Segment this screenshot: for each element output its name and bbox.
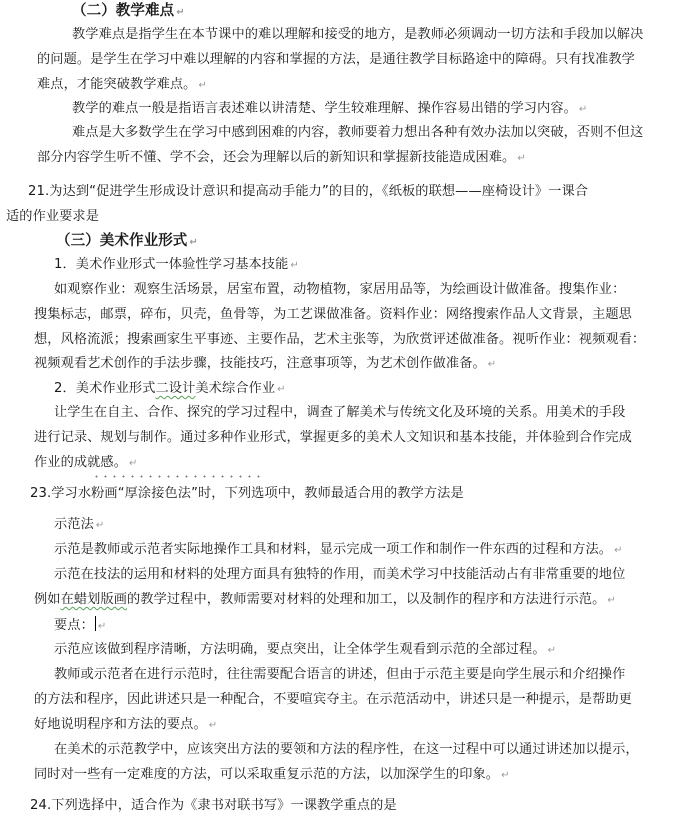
paragraph-line: 同时对一些有一定难度的方法，可以采取重复示范的方法，以加深学生的印象。↵	[34, 766, 510, 785]
paragraph-line: 难点，才能突破教学难点。↵	[37, 76, 207, 95]
paragraph-line: 示范是教师或示范者实际地操作工具和材料，显示完成一项工作和制作一件东西的过程和方…	[54, 541, 623, 560]
paragraph-line: 视频观看艺术创作的手法步骤，技能技巧，注意事项等，为艺术创作做准备。↵	[34, 355, 496, 374]
spellcheck-underline: 二设计	[156, 381, 196, 396]
paragraph-line: 教师或示范者在进行示范时，往往需要配合语言的讲述，但由于示范主要是向学生展示和介…	[54, 666, 625, 684]
answer-demonstration: 示范法↵	[54, 516, 104, 535]
paragraph-line: 在美术的示范教学中，应该突出方法的要领和方法的程序性，在这一过程中可以通过讲述加…	[54, 741, 639, 759]
clipped-text-fragment	[92, 475, 262, 478]
item-2-title: 2．美术作业形式二设计美术综合作业↵	[54, 380, 286, 399]
section-heading-teaching-difficulty: （二）教学难点↵	[72, 2, 185, 22]
question-23: 23.学习水粉画“厚涂接色法”时，下列选项中，教师最适合用的教学方法是	[30, 485, 464, 503]
key-points-label[interactable]: 要点：↵	[54, 616, 106, 636]
paragraph-line: 教学的难点一般是指语言表述难以讲清楚、学生较难理解、操作容易出错的学习内容。↵	[72, 100, 587, 119]
question-21: 21.为达到“促进学生形成设计意识和提高动手能力”的目的，《纸板的联想——座椅设…	[28, 183, 588, 201]
question-24: 24.下列选择中，适合作为《隶书对联书写》一课教学重点的是	[30, 797, 397, 815]
question-21-cont: 适的作业要求是	[6, 208, 99, 226]
paragraph-line: 的方法和程序，因此讲述只是一种配合，不要喧宾夺主。在示范活动中，讲述只是一种提示…	[34, 691, 632, 709]
section-heading-art-homework-forms: （三）美术作业形式↵	[56, 232, 198, 252]
paragraph-line: 的问题。是学生在学习中难以理解的内容和掌握的方法，是通往教学目标路途中的障碍。只…	[37, 51, 635, 69]
paragraph-line: 想，风格流派；搜索画家生平事迹、主要作品，艺术主张等，为欣赏评述做准备。视听作业…	[34, 331, 645, 349]
spellcheck-underline: 在蜡划版画	[61, 592, 127, 607]
paragraph-line: 难点是大多数学生在学习中感到困难的内容，教师要着力想出各种有效办法加以突破，否则…	[72, 124, 643, 142]
paragraph-line: 教学难点是指学生在本节课中的难以理解和接受的地方，是教师必须调动一切方法和手段加…	[72, 26, 643, 44]
paragraph-line: 进行记录、规划与制作。通过多种作业形式，掌握更多的美术人文知识和基本技能，并体验…	[34, 429, 632, 447]
paragraph-line: 部分内容学生听不懂、学不会，还会为理解以后的新知识和掌握新技能造成困难。↵	[37, 149, 526, 168]
text-cursor	[95, 616, 96, 631]
paragraph-line: 搜集标志，邮票，碎布，贝壳，鱼骨等，为工艺课做准备。资料作业：网络搜索作品人文背…	[34, 306, 632, 324]
paragraph-line: 如观察作业：观察生活场景，居室布置，动物植物，家居用品等，为绘画设计做准备。搜集…	[54, 281, 625, 299]
paragraph-line: 例如在蜡划版画的教学过程中，教师需要对材料的处理和加工，以及制作的程序和方法进行…	[34, 591, 616, 610]
paragraph-line: 好地说明程序和方法的要点。↵	[34, 716, 217, 735]
paragraph-line: 示范在技法的运用和材料的处理方面具有独特的作用，而美术学习中技能活动占有非常重要…	[54, 566, 625, 584]
paragraph-line: 作业的成就感。↵	[34, 454, 138, 473]
paragraph-line: 让学生在自主、合作、探究的学习过程中，调查了解美术与传统文化及环境的关系。用美术…	[54, 404, 625, 422]
item-1-title: 1．美术作业形式一体验性学习基本技能↵	[54, 256, 299, 275]
paragraph-line: 示范应该做到程序清晰，方法明确，要点突出，让全体学生观看到示范的全部过程。↵	[54, 641, 556, 660]
